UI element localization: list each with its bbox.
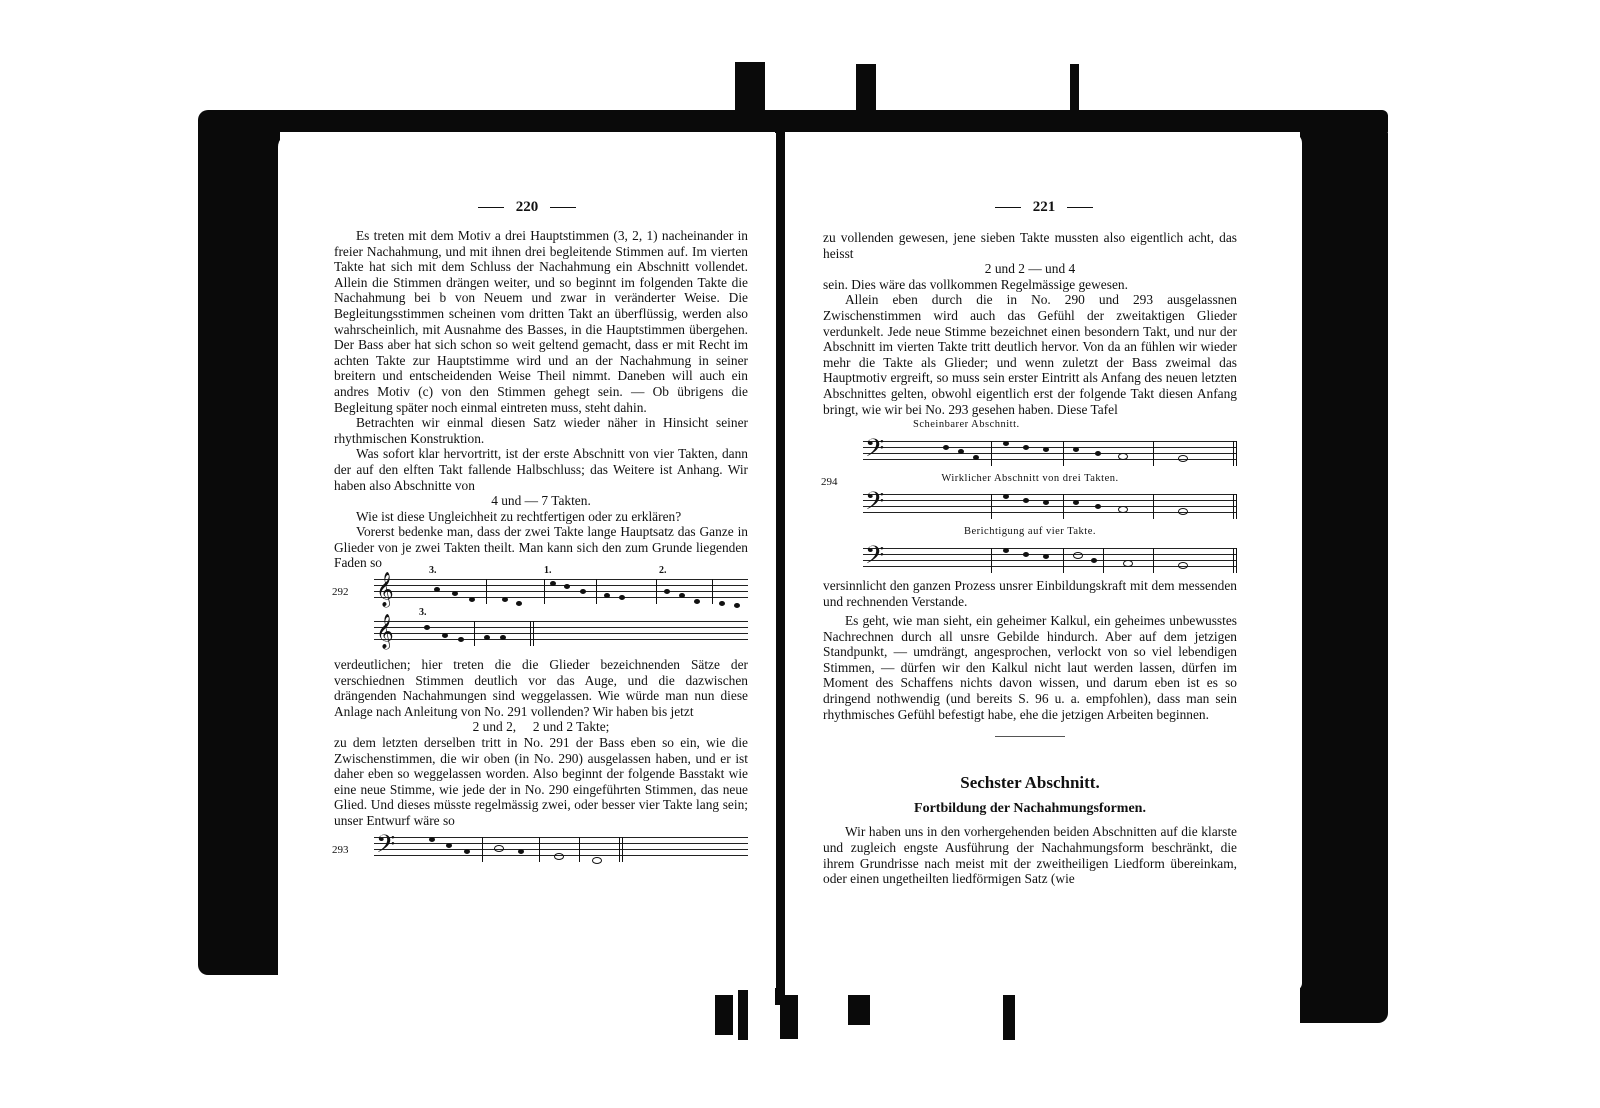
formula-line: 2 und 2, 2 und 2 Takte; [334, 719, 748, 735]
treble-clef-icon: 𝄞 [376, 573, 394, 607]
page-tab-marker [1070, 64, 1079, 130]
section-title: Sechster Abschnitt. [823, 775, 1237, 791]
paragraph: Betrachten wir einmal diesen Satz wieder… [334, 415, 748, 446]
bass-clef-icon: 𝄢 [865, 542, 884, 576]
paragraph: verdeutlichen; hier treten die die Glied… [334, 657, 748, 719]
paragraph: Allein eben durch die in No. 290 und 293… [823, 292, 1237, 417]
example-number: 293 [332, 843, 349, 859]
voice-label: 3. [419, 605, 427, 621]
music-example-293: 293 𝄢 [334, 831, 748, 871]
paragraph: sein. Dies wäre das vollkommen Regelmäss… [823, 277, 1237, 293]
paragraph: Es geht, wie man sieht, ein geheimer Kal… [823, 613, 1237, 722]
music-staff-row: 𝄢 [823, 488, 1237, 522]
music-example-292: 292 𝄞 3. 1. 2. [334, 573, 748, 613]
right-page: 221 zu vollenden gewesen, jene sieben Ta… [786, 133, 1302, 991]
formula-line: 2 und 2 — und 4 [823, 261, 1237, 277]
page-tab-marker [735, 62, 765, 132]
music-staff-row: 𝄢 [823, 542, 1237, 576]
page-tab-marker [848, 995, 870, 1025]
section-divider [995, 736, 1065, 737]
paragraph: Wir haben uns in den vorhergehenden beid… [823, 824, 1237, 886]
bass-clef-icon: 𝄢 [865, 488, 884, 522]
page-tab-marker [856, 64, 876, 130]
voice-label: 2. [659, 563, 667, 579]
book-spine [775, 125, 785, 1005]
page-tab-marker [738, 990, 748, 1040]
music-example-292-continued: 𝄞 3. [334, 615, 748, 655]
book-cover-right [1300, 128, 1388, 1023]
book-cover-top-edge [198, 110, 1388, 132]
bass-clef-icon: 𝄢 [865, 435, 884, 469]
book-cover-left [198, 120, 280, 975]
paragraph: versinnlicht den ganzen Prozess unsrer E… [823, 578, 1237, 609]
bass-clef-icon: 𝄢 [376, 831, 395, 865]
paragraph: Was sofort klar hervortritt, ist der ers… [334, 446, 748, 493]
left-page: 220 Es treten mit dem Motiv a drei Haupt… [278, 133, 776, 988]
music-staff [374, 621, 748, 645]
page-number: 221 [786, 199, 1302, 216]
right-page-body: zu vollenden gewesen, jene sieben Takte … [823, 230, 1237, 887]
voice-label: 3. [429, 563, 437, 579]
paragraph: zu dem letzten derselben tritt in No. 29… [334, 735, 748, 829]
staff-caption: Berichtigung auf vier Takte. [823, 524, 1237, 540]
voice-label: 1. [544, 563, 552, 579]
staff-caption: Wirklicher Abschnitt von drei Takten. [823, 471, 1237, 487]
left-page-body: Es treten mit dem Motiv a drei Hauptstim… [334, 228, 748, 873]
music-staff-row: 𝄢 [823, 435, 1237, 469]
paragraph: Wie ist diese Ungleichheit zu rechtferti… [334, 509, 748, 525]
page-number: 220 [278, 199, 776, 216]
treble-clef-icon: 𝄞 [376, 615, 394, 649]
paragraph: Es treten mit dem Motiv a drei Hauptstim… [334, 228, 748, 415]
music-staff [374, 579, 748, 603]
paragraph: zu vollenden gewesen, jene sieben Takte … [823, 230, 1237, 261]
example-number: 292 [332, 585, 349, 601]
paragraph: Vorerst bedenke man, dass der zwei Takte… [334, 524, 748, 571]
page-tab-marker [1003, 995, 1015, 1040]
section-subtitle: Fortbildung der Nachahmungsformen. [823, 801, 1237, 817]
music-example-294: 294 Scheinbarer Abschnitt. 𝄢 Wirklicher … [823, 417, 1237, 576]
formula-line: 4 und — 7 Takten. [334, 493, 748, 509]
staff-caption: Scheinbarer Abschnitt. [823, 417, 1237, 433]
page-tab-marker [715, 995, 733, 1035]
